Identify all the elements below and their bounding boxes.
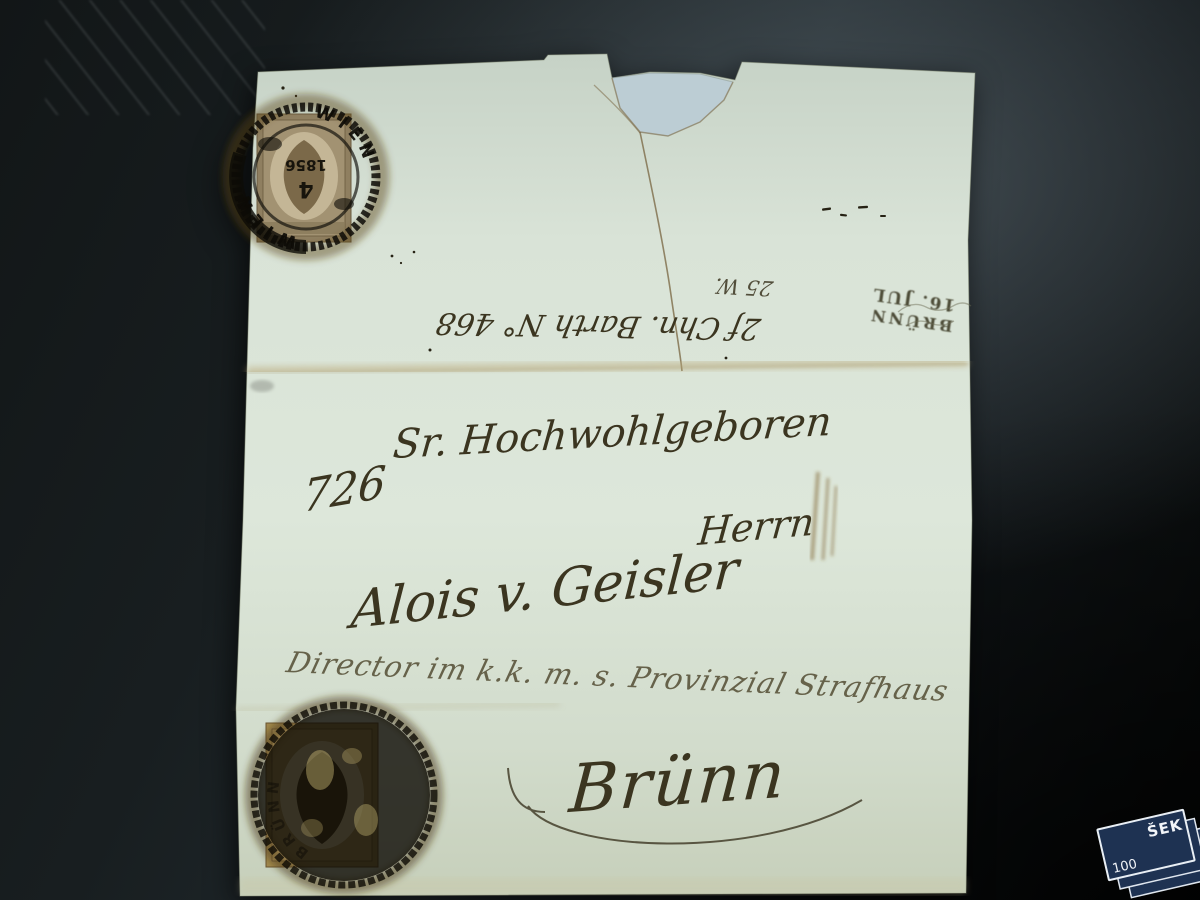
bruenn-heavy-cancel: BRÜNN [245,703,436,887]
letter-photo: WIEN WIEN 4 1856 [0,0,1200,900]
small-docket-rotated: 25 W. [712,274,776,302]
address-destination: Brünn [566,735,789,828]
auction-photo-scene: WIEN WIEN 4 1856 [0,0,1200,900]
dealer-watermark-logo: ŠEK 100 [1097,806,1200,900]
registry-docket-rotated: 2f Chn. Barth N° 468 [433,305,764,345]
cancel-day: 4 [298,176,313,201]
gray-smudge [250,380,274,392]
cancel-year: 1856 [285,156,327,174]
folded-letter-cover: WIEN WIEN 4 1856 [230,54,975,896]
vienna-circular-cancel: WIEN WIEN 4 1856 [230,101,382,253]
